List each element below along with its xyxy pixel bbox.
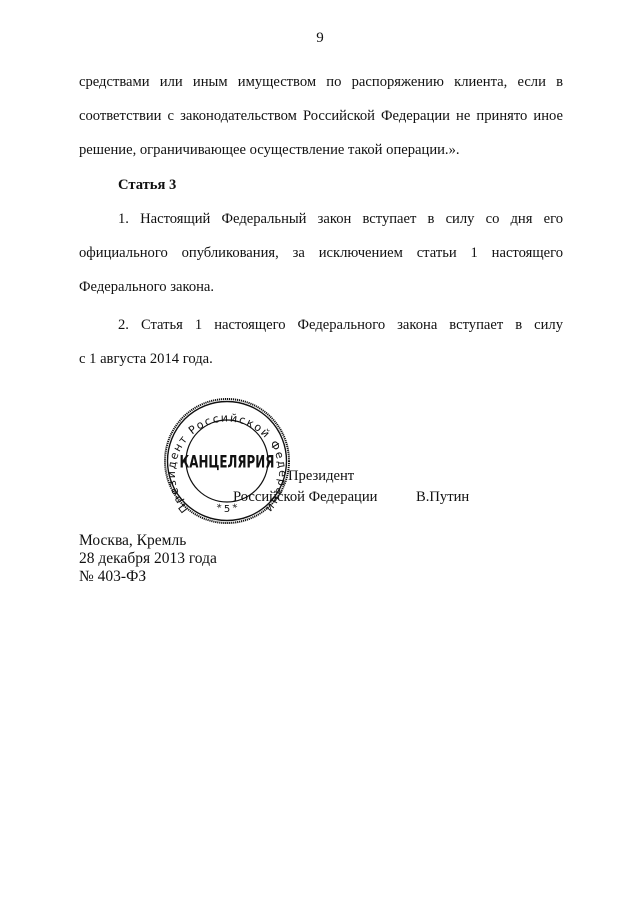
page-number: 9 xyxy=(0,30,640,47)
law-number: № 403-ФЗ xyxy=(79,568,217,586)
text-line: с 1 августа 2014 года. xyxy=(79,349,563,383)
text-line: Федерального закона. xyxy=(79,277,563,311)
article-heading: Статья 3 xyxy=(79,175,563,209)
text-line: средствами или иным имуществом по распор… xyxy=(79,72,563,106)
signing-details: Москва, Кремль 28 декабря 2013 года № 40… xyxy=(79,532,217,586)
article-3: Статья 3 1. Настоящий Федеральный закон … xyxy=(79,175,563,311)
text-line: официального опубликования, за исключени… xyxy=(79,243,563,277)
stamp-center-text: КАНЦЕЛЯРИЯ xyxy=(180,454,275,472)
signatory-name: В.Путин xyxy=(416,489,469,506)
text-line: решение, ограничивающее осуществление та… xyxy=(79,140,563,174)
text-line: 1. Настоящий Федеральный закон вступает … xyxy=(79,209,563,243)
signing-place: Москва, Кремль xyxy=(79,532,217,550)
signatory-title-line-1: Президент xyxy=(288,468,354,485)
signatory-title-line-2: Российской Федерации xyxy=(233,489,378,506)
article-3-paragraph-2: 2. Статья 1 настоящего Федерального зако… xyxy=(79,315,563,383)
continuation-paragraph: средствами или иным имуществом по распор… xyxy=(79,72,563,174)
text-line: 2. Статья 1 настоящего Федерального зако… xyxy=(79,315,563,349)
text-line: соответствии с законодательством Российс… xyxy=(79,106,563,140)
signing-date: 28 декабря 2013 года xyxy=(79,550,217,568)
